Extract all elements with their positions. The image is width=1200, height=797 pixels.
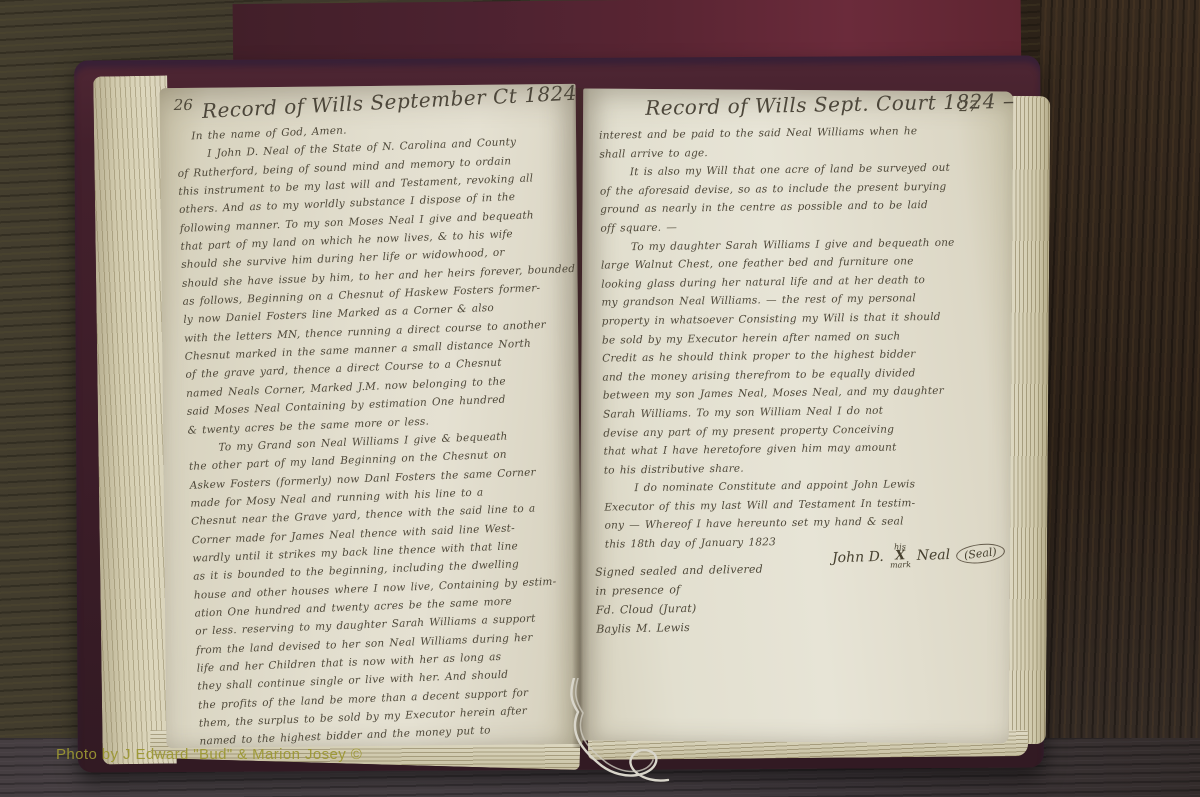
page-heading-right: Record of Wills Sept. Court 1824 — (645, 89, 1013, 120)
his-mark: his X mark (889, 543, 911, 569)
seal-annotation: (Seal) (955, 541, 1006, 565)
witness-line: Baylis M. Lewis (596, 617, 764, 639)
witness-line: Signed sealed and delivered (595, 560, 763, 582)
right-page-text: interest and be paid to the said Neal Wi… (599, 121, 1009, 554)
testator-signature: John D. his X mark Neal (Seal) (832, 540, 1005, 570)
photo-of-will-record-book: 26 Record of Wills September Ct 1824 In … (0, 0, 1200, 797)
photographer-watermark: Photo by J Edward "Bud" & Marion Josey © (56, 746, 362, 763)
page-number-left: 26 (174, 96, 193, 114)
witness-attestation-block: Signed sealed and deliveredin presence o… (595, 560, 764, 639)
left-page-text: In the name of God, Amen. I John D. Neal… (176, 113, 582, 748)
mark-label-bottom: mark (890, 561, 911, 569)
signature-name-right: Neal (917, 546, 951, 563)
wood-grain-right (1040, 0, 1200, 797)
left-page: 26 Record of Wills September Ct 1824 In … (160, 84, 583, 748)
signature-name-left: John D. (832, 548, 884, 565)
bookmark-string (540, 678, 730, 797)
right-page: 27 Record of Wills Sept. Court 1824 — in… (579, 89, 1014, 744)
book-gutter-shadow (572, 88, 590, 748)
